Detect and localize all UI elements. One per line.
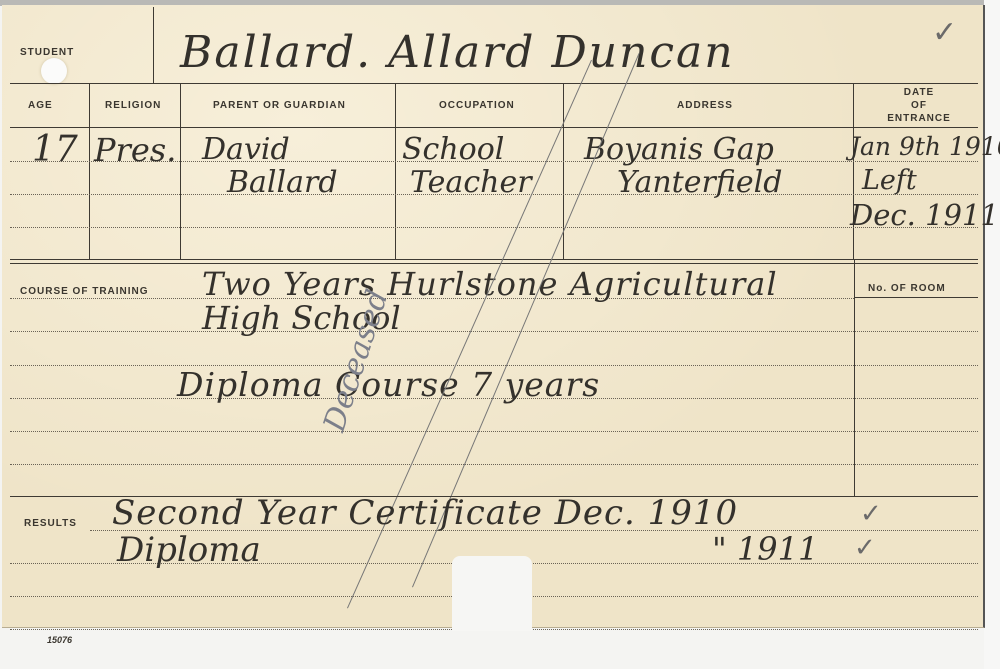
result-1-text: Second Year Certificate Dec. 1910 bbox=[112, 493, 738, 533]
rule bbox=[10, 83, 978, 84]
address-line-1: Boyanis Gap bbox=[584, 132, 774, 167]
label-address: ADDRESS bbox=[677, 100, 733, 111]
left-date: Dec. 1911 bbox=[850, 198, 999, 232]
entrance-date: Jan 9th 1910 bbox=[850, 132, 1000, 161]
rule bbox=[10, 259, 978, 260]
label-date-line: DATE bbox=[874, 86, 964, 99]
rule bbox=[854, 297, 978, 298]
label-student: STUDENT bbox=[20, 47, 74, 58]
address-line-2: Yanterfield bbox=[617, 165, 782, 200]
filing-rod-notch bbox=[452, 556, 532, 631]
punch-hole bbox=[41, 58, 67, 84]
occupation-line-2: Teacher bbox=[410, 165, 532, 200]
parent-line-2: Ballard bbox=[227, 165, 338, 200]
label-of-line: OF bbox=[874, 99, 964, 112]
label-religion: RELIGION bbox=[105, 100, 161, 111]
label-course-of-training: COURSE OF TRAINING bbox=[20, 286, 149, 297]
label-occupation: OCCUPATION bbox=[439, 100, 515, 111]
religion-value: Pres. bbox=[94, 131, 176, 169]
occupation-line-1: School bbox=[402, 132, 504, 167]
label-results: RESULTS bbox=[24, 518, 77, 529]
divider bbox=[180, 83, 181, 260]
dotted-rule bbox=[10, 464, 978, 465]
divider bbox=[853, 83, 854, 260]
form-number: 15076 bbox=[47, 635, 72, 645]
label-date-of-entrance: DATE OF ENTRANCE bbox=[874, 86, 964, 125]
divider bbox=[153, 7, 154, 84]
dotted-rule bbox=[10, 227, 978, 228]
rule bbox=[10, 263, 978, 264]
dotted-rule bbox=[10, 331, 978, 332]
scan-right-margin bbox=[984, 0, 1000, 669]
course-line-1: Two Years Hurlstone Agricultural bbox=[202, 265, 778, 303]
label-entrance-line: ENTRANCE bbox=[874, 112, 964, 125]
divider bbox=[854, 259, 855, 496]
label-age: AGE bbox=[28, 100, 53, 111]
parent-line-1: David bbox=[202, 132, 290, 167]
label-parent-or-guardian: PARENT OR GUARDIAN bbox=[213, 100, 346, 111]
dotted-rule bbox=[10, 431, 978, 432]
result-1-check-icon: ✓ bbox=[860, 499, 882, 529]
divider bbox=[89, 83, 90, 260]
check-mark-icon: ✓ bbox=[932, 15, 957, 50]
rule bbox=[10, 127, 978, 128]
student-name: Ballard. Allard Duncan bbox=[180, 27, 735, 78]
course-line-3: Diploma Course 7 years bbox=[177, 365, 600, 404]
student-record-card: STUDENT Ballard. Allard Duncan ✓ AGE REL… bbox=[2, 5, 985, 628]
result-2-year: " 1911 bbox=[712, 530, 818, 568]
label-no-of-room: No. OF ROOM bbox=[868, 283, 946, 294]
result-2-check-icon: ✓ bbox=[854, 533, 876, 563]
left-label: Left bbox=[862, 165, 917, 196]
result-2-text: Diploma bbox=[117, 530, 261, 570]
age-value: 17 bbox=[32, 129, 78, 170]
divider bbox=[395, 83, 396, 260]
